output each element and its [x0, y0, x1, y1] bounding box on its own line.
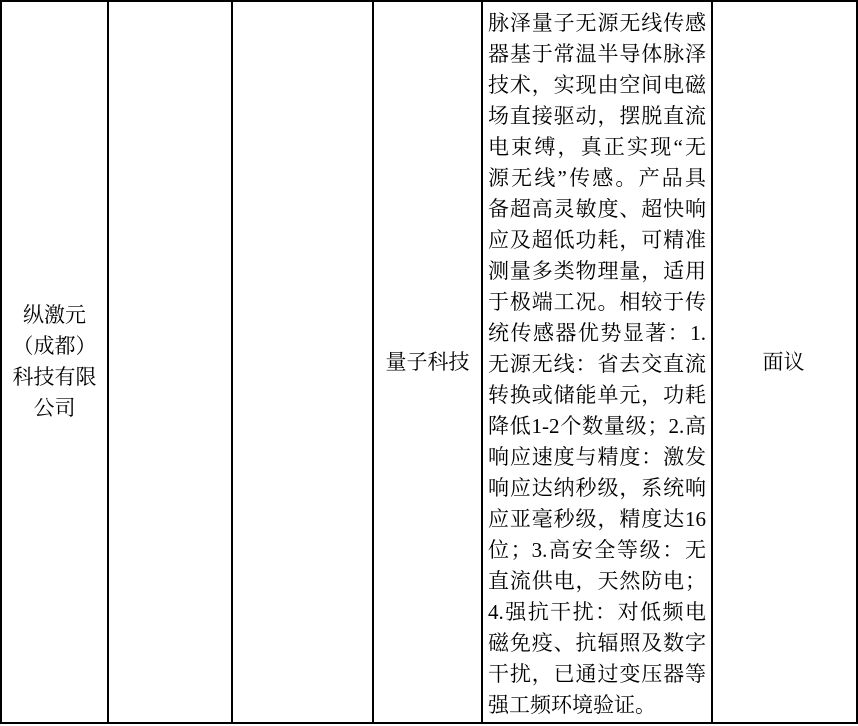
- company-name: 纵激元（成都）科技有限公司: [2, 300, 107, 424]
- description-cell: 脉泽量子无源无线传感器基于常温半导体脉泽技术，实现由空间电磁场直接驱动，摆脱直流…: [483, 2, 713, 722]
- company-cell: 纵激元（成都）科技有限公司: [2, 2, 109, 722]
- price-cell: 面议: [713, 2, 854, 722]
- category-label: 量子科技: [386, 347, 470, 378]
- empty-cell-3: [233, 2, 374, 722]
- price-label: 面议: [763, 347, 805, 378]
- table-row: 纵激元（成都）科技有限公司 量子科技 脉泽量子无源无线传感器基于常温半导体脉泽技…: [0, 0, 858, 724]
- empty-cell-2: [109, 2, 233, 722]
- category-cell: 量子科技: [374, 2, 483, 722]
- description-text: 脉泽量子无源无线传感器基于常温半导体脉泽技术，实现由空间电磁场直接驱动，摆脱直流…: [488, 8, 706, 721]
